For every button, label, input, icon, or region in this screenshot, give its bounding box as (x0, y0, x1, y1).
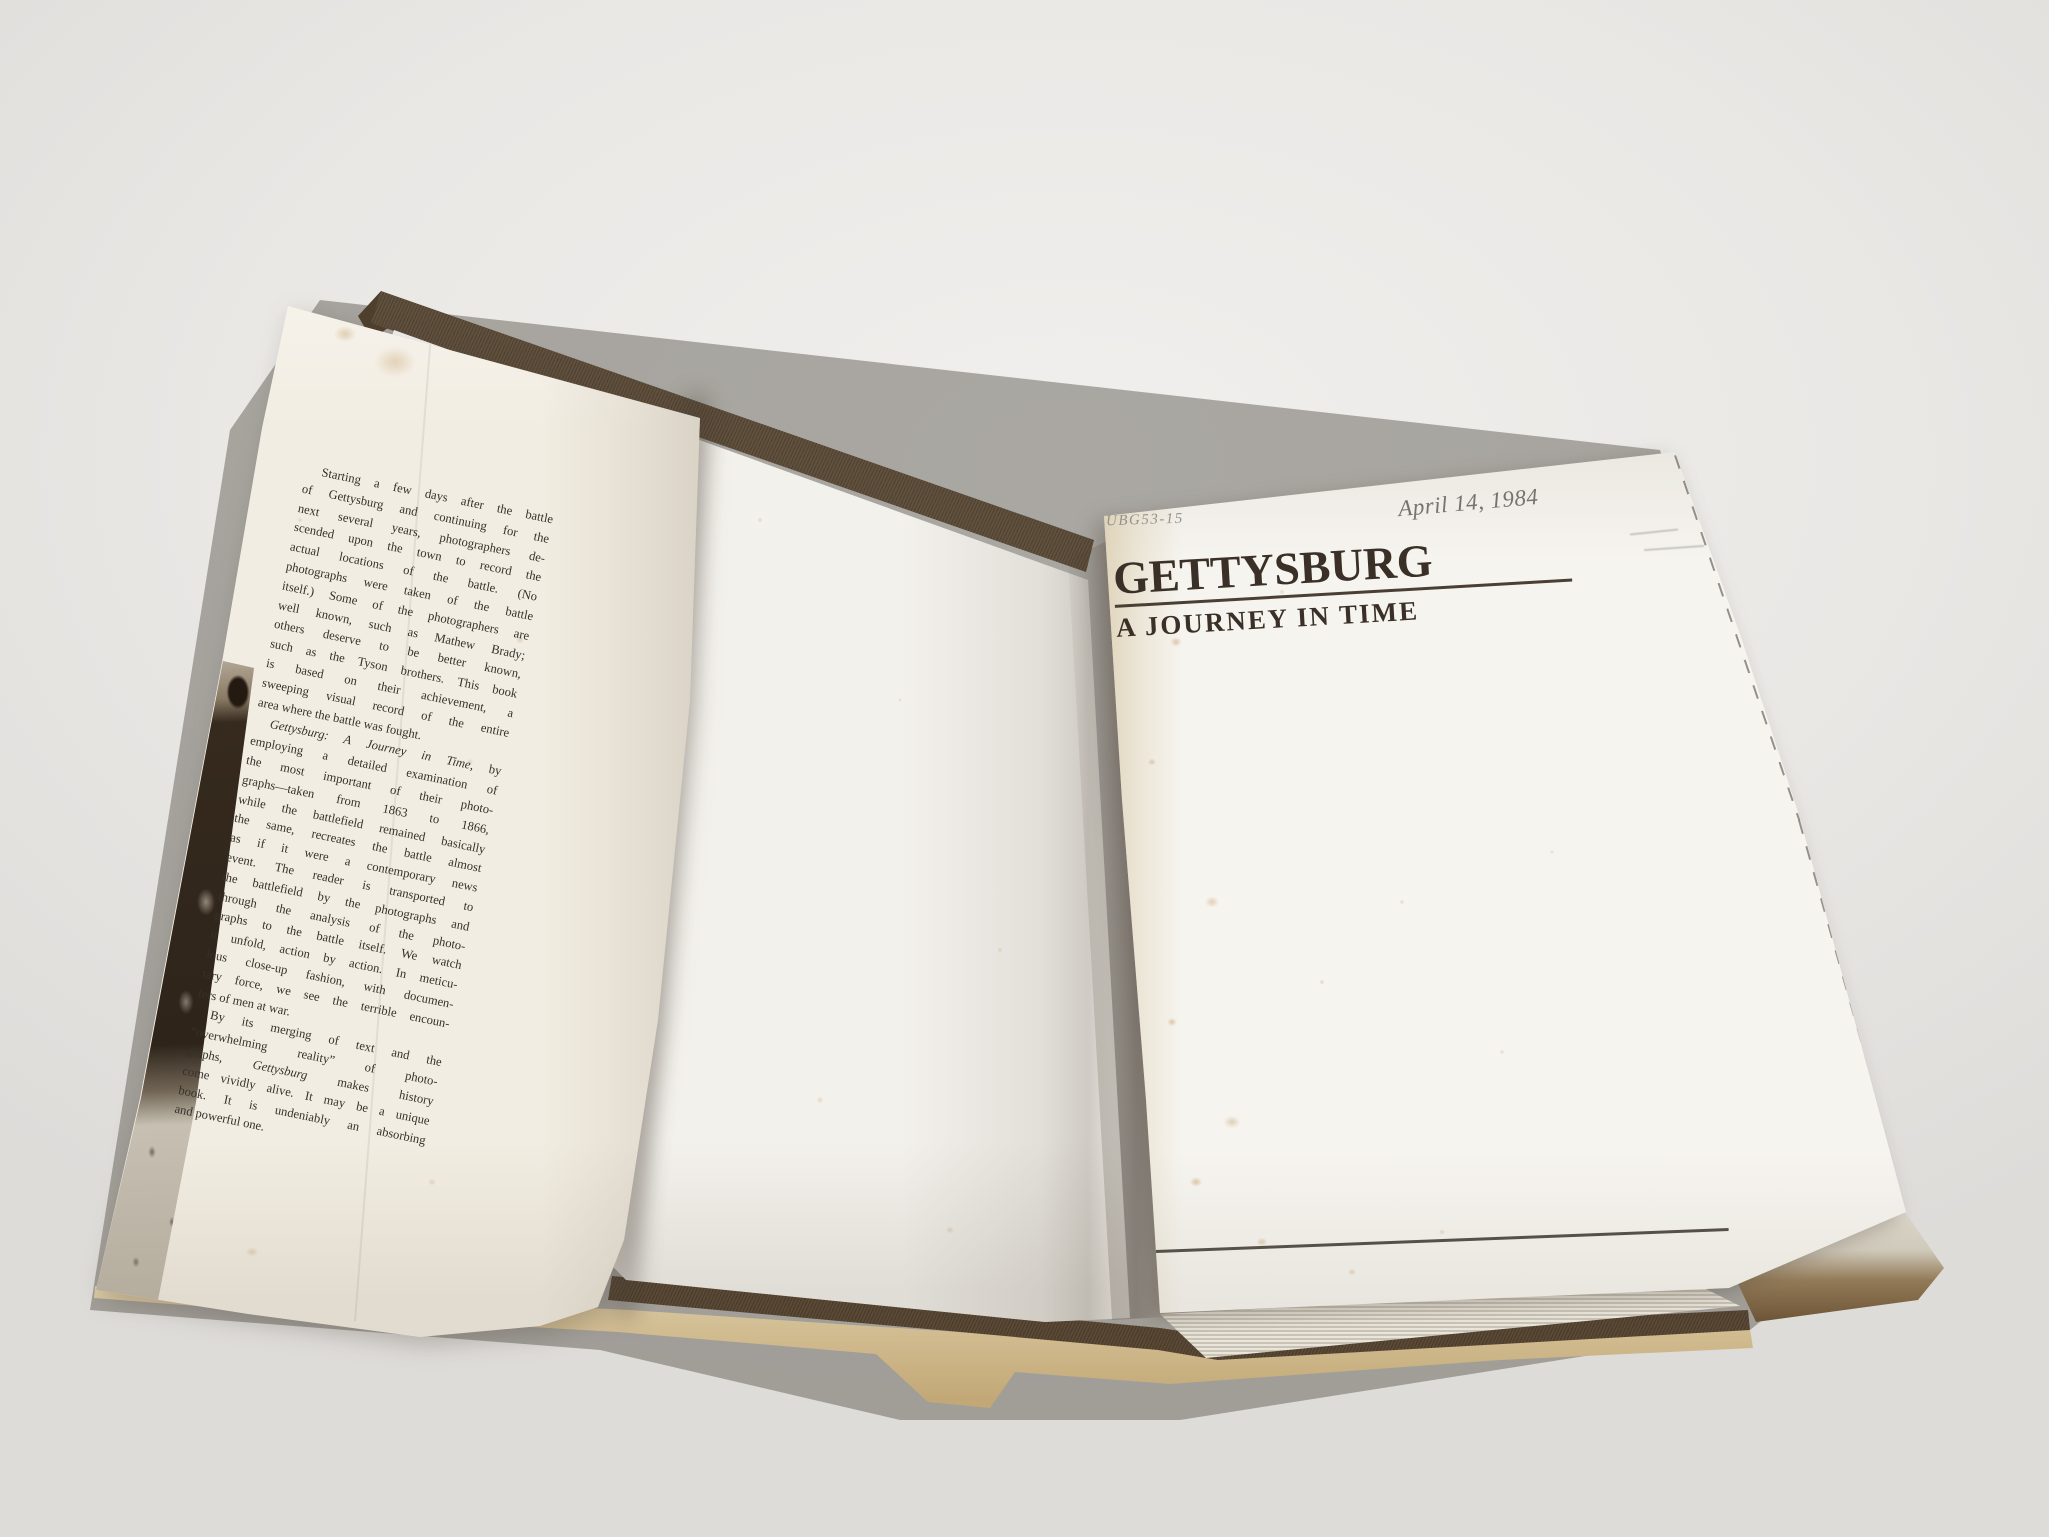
book-photo-scene: UBG53-15 April 14, 1984 GETTYSBURG A JOU… (0, 0, 2049, 1537)
dust-jacket-flap: Starting a few days after the battleof G… (0, 0, 2049, 1537)
dust-jacket-flap-wrap: Starting a few days after the battleof G… (0, 0, 2049, 1537)
